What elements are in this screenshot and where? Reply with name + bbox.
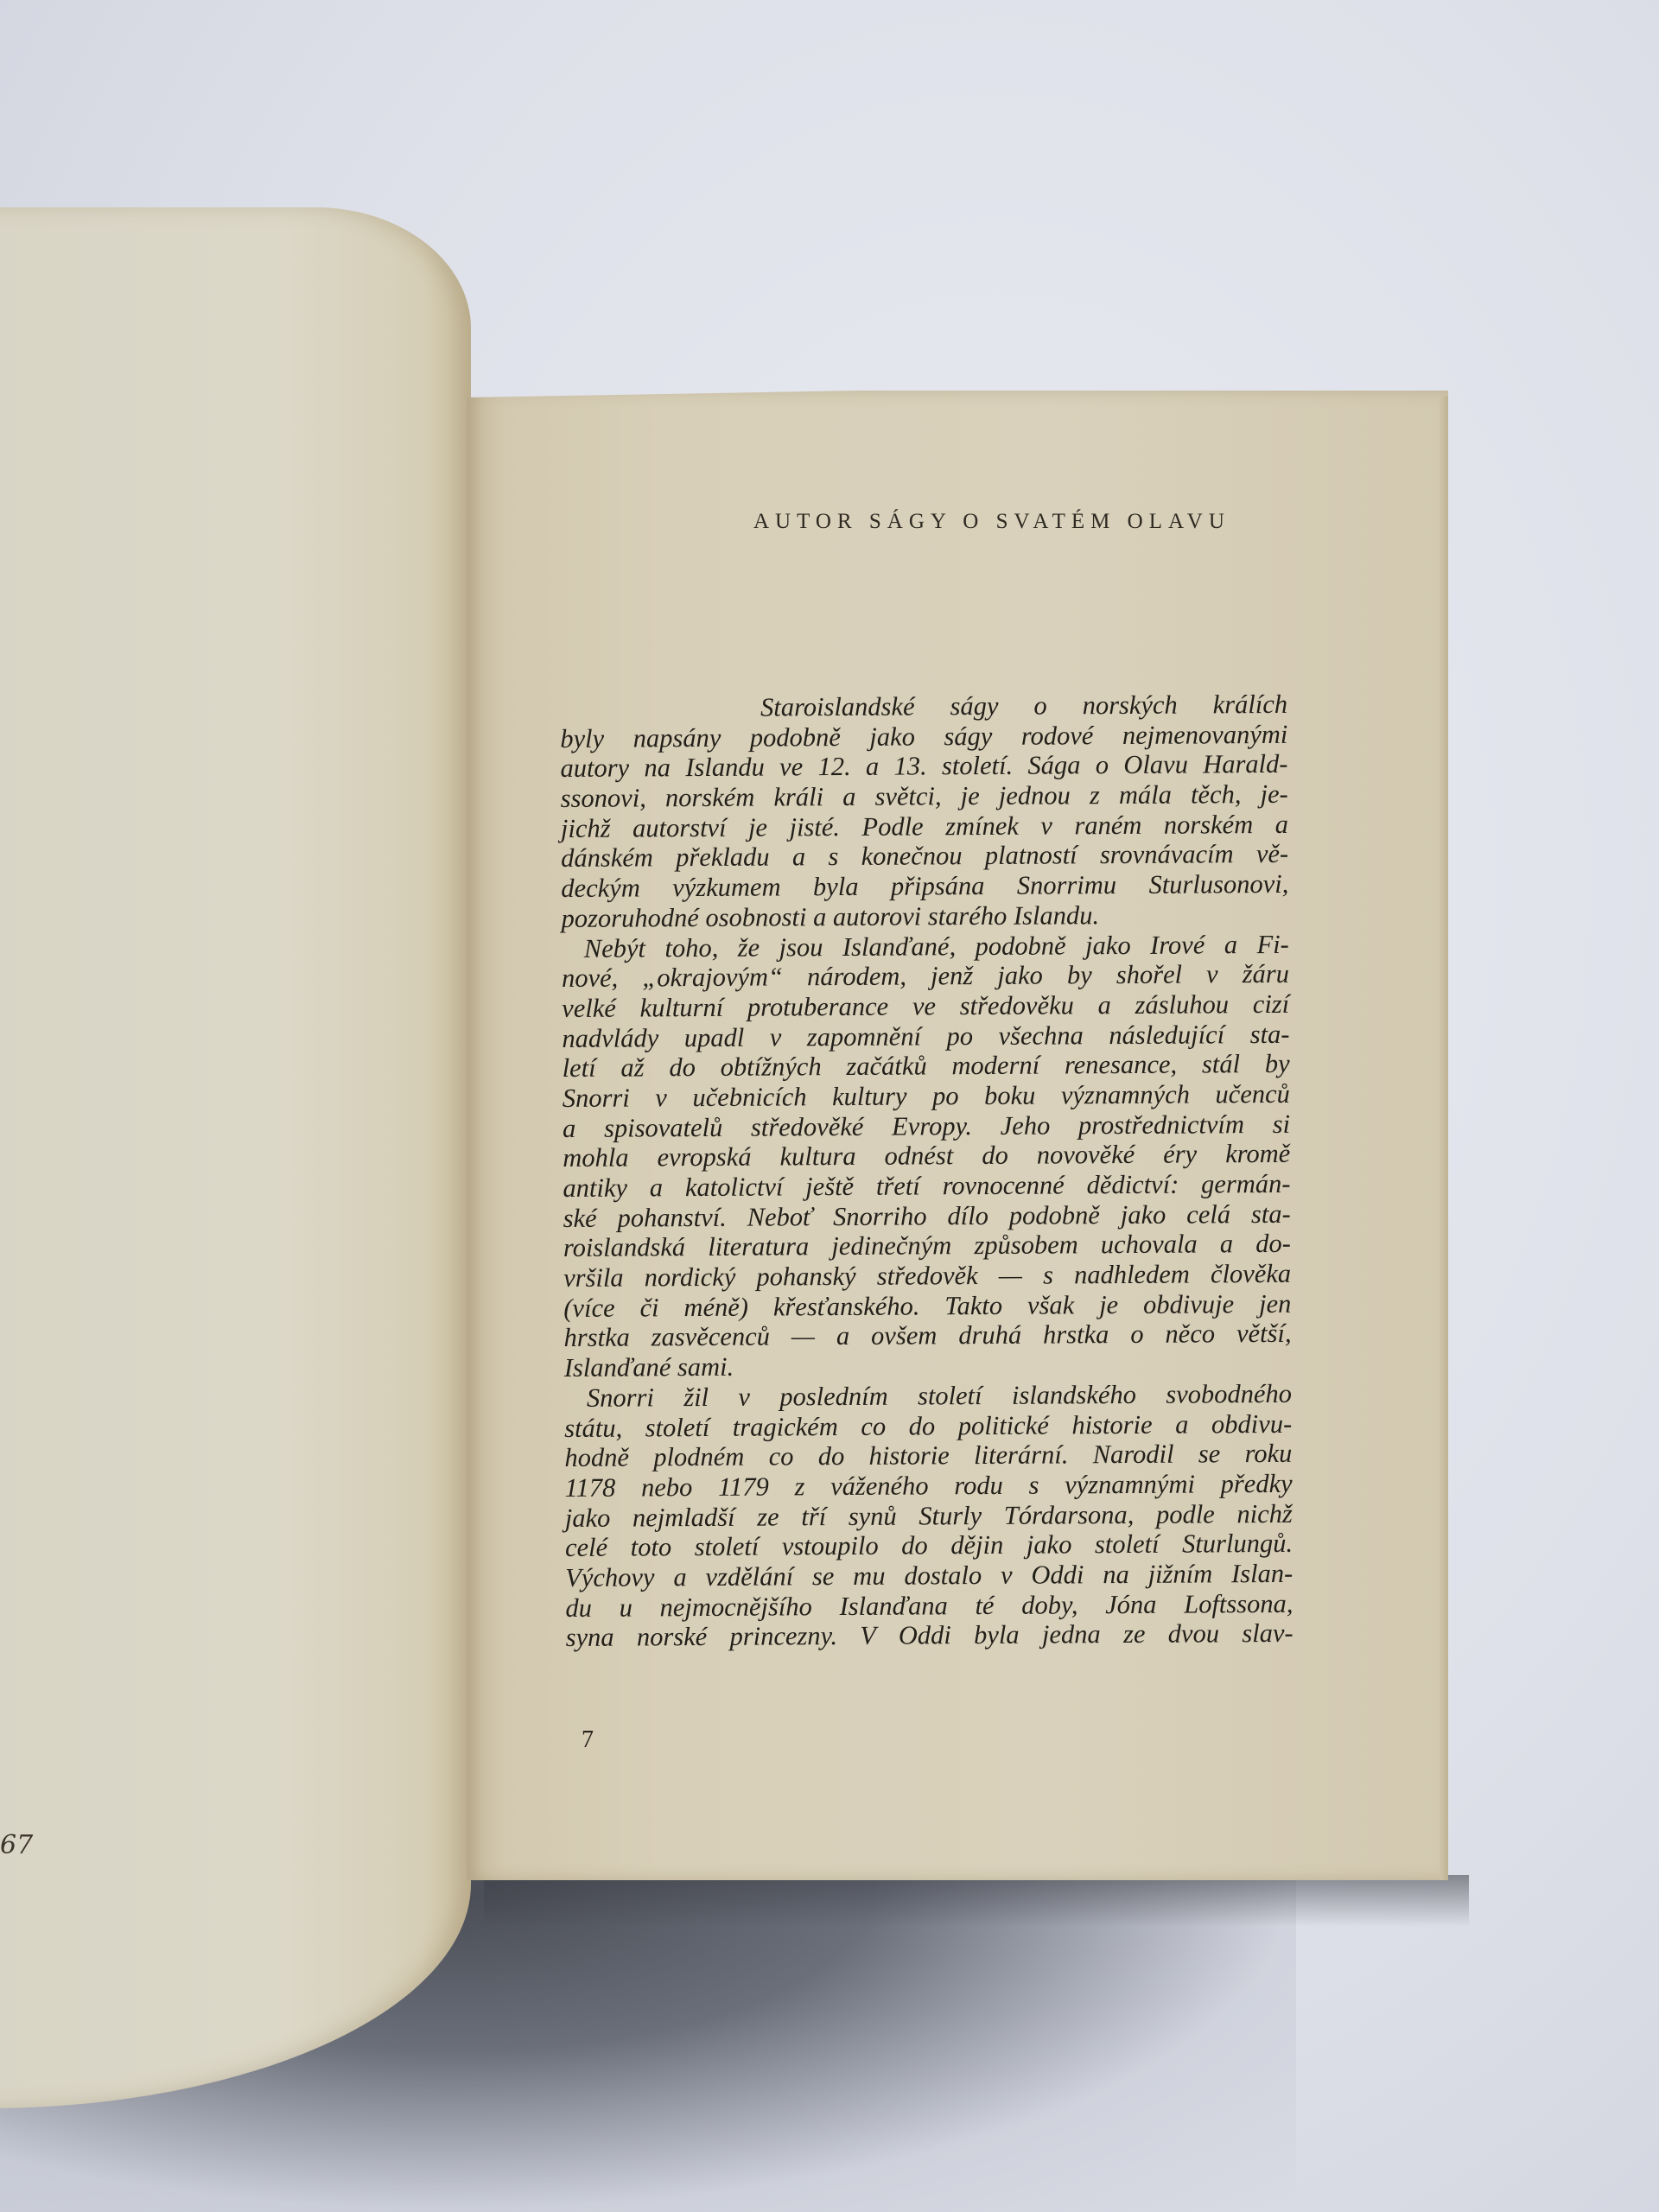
text-line: dánském překladu a s konečnou platností … bbox=[561, 839, 1288, 874]
left-page bbox=[0, 207, 471, 2108]
text-line: jako nejmladší ze tří synů Sturly Tórdar… bbox=[565, 1498, 1293, 1533]
text-line: (více či méně) křesťanského. Takto však … bbox=[563, 1289, 1291, 1324]
text-line: pozoruhodné osobnosti a autorovi starého… bbox=[561, 899, 1288, 934]
body-text: Staroislandské ságy o norských králích b… bbox=[560, 690, 1294, 1653]
text-line: deckým výzkumem byla připsána Snorrimu S… bbox=[561, 869, 1288, 904]
text-line: Snorri v učebnicích kultury po boku význ… bbox=[563, 1079, 1290, 1114]
text-line: hrstka zasvěcenců — a ovšem druhá hrstka… bbox=[563, 1319, 1291, 1353]
text-line: vršila nordický pohanský středověk — s n… bbox=[563, 1259, 1291, 1294]
text-line: státu, století tragickém co do politické… bbox=[564, 1408, 1292, 1443]
text-line: mohla evropská kultura odnést do novověk… bbox=[563, 1139, 1290, 1173]
text-line: roislandská literatura jedinečným způsob… bbox=[563, 1229, 1291, 1263]
text-line: byly napsány podobně jako ságy rodové ne… bbox=[560, 720, 1287, 754]
text-line: Nebýt toho, že jsou Islanďané, podobně j… bbox=[562, 929, 1289, 963]
text-line: autory na Islandu ve 12. a 13. století. … bbox=[560, 749, 1287, 784]
text-line: Snorri žil v posledním století islandské… bbox=[564, 1379, 1292, 1414]
text-line: hodně plodném co do historie literární. … bbox=[564, 1439, 1292, 1473]
text-line: velké kulturní protuberance ve středověk… bbox=[562, 989, 1289, 1024]
text-line: syna norské princezny. V Oddi byla jedna… bbox=[566, 1618, 1294, 1653]
text-line: Islanďané sami. bbox=[564, 1349, 1292, 1383]
text-line: ssonovi, norském králi a světci, je jedn… bbox=[561, 779, 1288, 814]
text-line: jichž autorství je jisté. Podle zmínek v… bbox=[561, 810, 1288, 844]
text-line: celé toto století vstoupilo do dějin jak… bbox=[565, 1529, 1293, 1563]
text-line: Staroislandské ságy o norských králích bbox=[560, 690, 1287, 724]
text-line: nové, „okrajovým“ národem, jenž jako by … bbox=[562, 959, 1289, 994]
left-page-number: 67 bbox=[0, 1830, 33, 1860]
text-line: ské pohanství. Neboť Snorriho dílo podob… bbox=[563, 1199, 1291, 1234]
page-shadow bbox=[484, 1875, 1469, 1927]
text-line: du u nejmocnějšího Islanďana té doby, Jó… bbox=[565, 1588, 1293, 1623]
text-line: a spisovatelů středověké Evropy. Jeho pr… bbox=[563, 1109, 1290, 1143]
text-line: Výchovy a vzdělání se mu dostalo v Oddi … bbox=[565, 1559, 1293, 1593]
text-line: 1178 nebo 1179 z váženého rodu s významn… bbox=[565, 1469, 1293, 1503]
page-edge bbox=[1440, 396, 1448, 1880]
text-line: letí až do obtížných začátků moderní ren… bbox=[563, 1049, 1290, 1084]
page-number: 7 bbox=[582, 1726, 594, 1754]
text-line: antiky a katolictví ještě třetí rovnocen… bbox=[563, 1169, 1290, 1204]
text-line: nadvlády upadl v zapomnění po všechna ná… bbox=[562, 1019, 1289, 1053]
running-head: AUTOR SÁGY O SVATÉM OLAVU bbox=[753, 510, 1230, 534]
